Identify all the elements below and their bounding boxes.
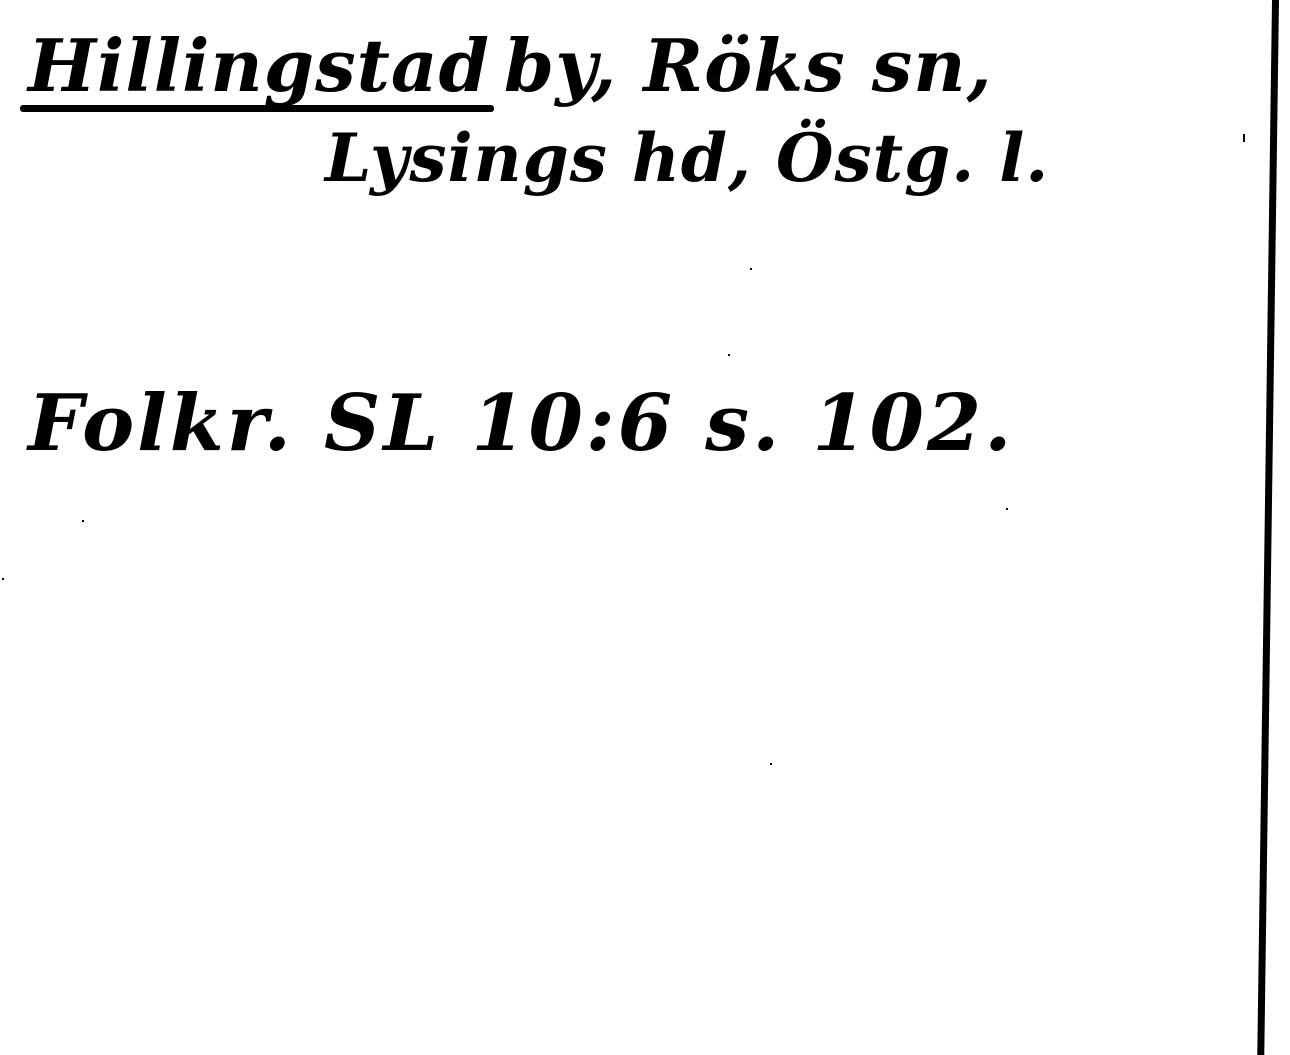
scan-speck: [770, 763, 772, 765]
scan-speck: [750, 268, 752, 270]
scan-speck: [1243, 134, 1245, 142]
headword-text: Hillingstad: [28, 23, 490, 108]
headword-underline: [20, 105, 494, 112]
card-heading: Hillingstad by, Röks sn,: [28, 30, 993, 102]
scan-speck: [82, 520, 84, 522]
scan-speck: [728, 354, 730, 356]
scan-speck: [1006, 508, 1008, 510]
scan-speck: [2, 578, 4, 580]
district-county-line: Lysings hd, Östg. l.: [325, 125, 1049, 191]
heading-rest: by, Röks sn,: [504, 23, 993, 108]
index-card: Hillingstad by, Röks sn, Lysings hd, Öst…: [0, 0, 1290, 1055]
source-reference: Folkr. SL 10:6 s. 102.: [28, 385, 1014, 463]
headword: Hillingstad: [28, 30, 490, 102]
card-edge-line: [1257, 0, 1279, 1055]
